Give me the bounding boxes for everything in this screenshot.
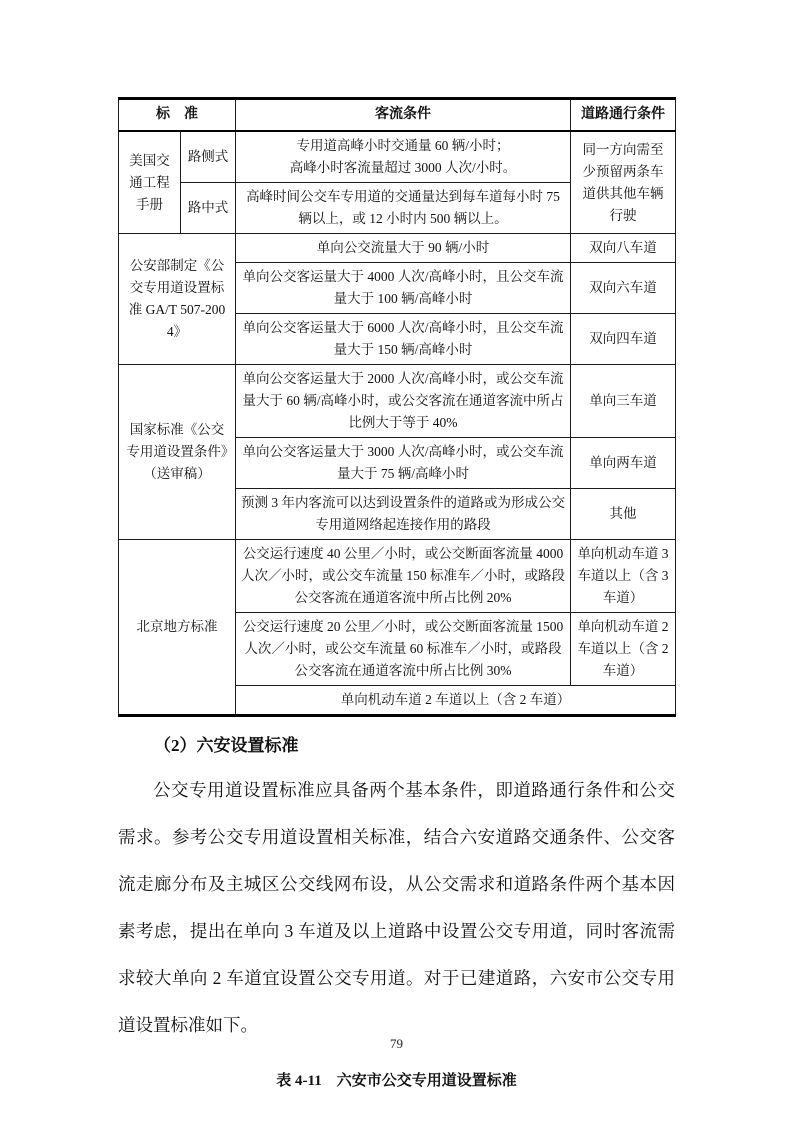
standard-beijing-local: 北京地方标准 xyxy=(119,540,236,716)
road-condition-cell: 单向机动车道 2 车道以上（含 2 车道） xyxy=(571,613,676,686)
bus-lane-standards-table: 标 准 客流条件 道路通行条件 美国交通工程手册 路侧式 专用道高峰小时交通量 … xyxy=(118,97,676,717)
flow-condition-cell: 公交运行速度 20 公里／小时，或公交断面客流量 1500 人次／小时，或公交车… xyxy=(236,613,571,686)
road-condition-cell: 单向两车道 xyxy=(571,438,676,489)
table-row: 国家标准《公交专用道设置条件》（送审稿） 单向公交客运量大于 2000 人次/高… xyxy=(119,365,676,438)
flow-condition-cell: 单向公交客运量大于 3000 人次/高峰小时，或公交车流量大于 75 辆/高峰小… xyxy=(236,438,571,489)
lane-type-roadside: 路侧式 xyxy=(181,131,236,183)
lane-type-median: 路中式 xyxy=(181,183,236,234)
flow-condition-cell: 单向公交客运量大于 6000 人次/高峰小时，且公交车流量大于 150 辆/高峰… xyxy=(236,314,571,365)
table-header-row: 标 准 客流条件 道路通行条件 xyxy=(119,99,676,132)
section-heading: （2）六安设置标准 xyxy=(118,731,675,761)
standard-us-handbook: 美国交通工程手册 xyxy=(119,131,181,234)
table-row: 北京地方标准 公交运行速度 40 公里／小时，或公交断面客流量 4000 人次／… xyxy=(119,540,676,613)
flow-condition-cell: 单向公交流量大于 90 辆/小时 xyxy=(236,234,571,263)
road-condition-cell: 双向四车道 xyxy=(571,314,676,365)
header-road-traffic-condition: 道路通行条件 xyxy=(571,99,676,132)
header-passenger-flow-condition: 客流条件 xyxy=(236,99,571,132)
body-paragraph: 公交专用道设置标准应具备两个基本条件，即道路通行条件和公交需求。参考公交专用道设… xyxy=(118,767,675,1049)
standard-national-draft: 国家标准《公交专用道设置条件》（送审稿） xyxy=(119,365,236,540)
header-standard: 标 准 xyxy=(119,99,236,132)
road-condition-cell: 单向机动车道 3 车道以上（含 3 车道） xyxy=(571,540,676,613)
road-condition-cell: 同一方向需至少预留两条车道供其他车辆行驶 xyxy=(571,131,676,234)
page-number: 79 xyxy=(0,1036,793,1052)
flow-condition-cell: 预测 3 年内客流可以达到设置条件的道路或为形成公交专用道网络起连接作用的路段 xyxy=(236,489,571,540)
table-caption: 表 4-11 六安市公交专用道设置标准 xyxy=(118,1071,675,1091)
document-page: { "document": { "heading": "（2）六安设置标准", … xyxy=(0,0,793,1122)
table-row: 公安部制定《公交专用道设置标准 GA/T 507-2004》 单向公交流量大于 … xyxy=(119,234,676,263)
flow-condition-cell: 单向公交客运量大于 4000 人次/高峰小时，且公交车流量大于 100 辆/高峰… xyxy=(236,263,571,314)
page-content: 标 准 客流条件 道路通行条件 美国交通工程手册 路侧式 专用道高峰小时交通量 … xyxy=(118,97,675,1091)
flow-condition-cell: 公交运行速度 40 公里／小时，或公交断面客流量 4000 人次／小时，或公交车… xyxy=(236,540,571,613)
road-condition-cell: 其他 xyxy=(571,489,676,540)
flow-condition-cell: 高峰时间公交车专用道的交通量达到每车道每小时 75 辆以上，或 12 小时内 5… xyxy=(236,183,571,234)
road-condition-cell: 单向三车道 xyxy=(571,365,676,438)
table-row: 美国交通工程手册 路侧式 专用道高峰小时交通量 60 辆/小时； 高峰小时客流量… xyxy=(119,131,676,183)
road-condition-cell: 双向八车道 xyxy=(571,234,676,263)
flow-condition-cell: 单向公交客运量大于 2000 人次/高峰小时，或公交车流量大于 60 辆/高峰小… xyxy=(236,365,571,438)
merged-road-condition-cell: 单向机动车道 2 车道以上（含 2 车道） xyxy=(236,686,676,716)
road-condition-cell: 双向六车道 xyxy=(571,263,676,314)
flow-condition-cell: 专用道高峰小时交通量 60 辆/小时； 高峰小时客流量超过 3000 人次/小时… xyxy=(236,131,571,183)
standard-ga-t-507-2004: 公安部制定《公交专用道设置标准 GA/T 507-2004》 xyxy=(119,234,236,365)
